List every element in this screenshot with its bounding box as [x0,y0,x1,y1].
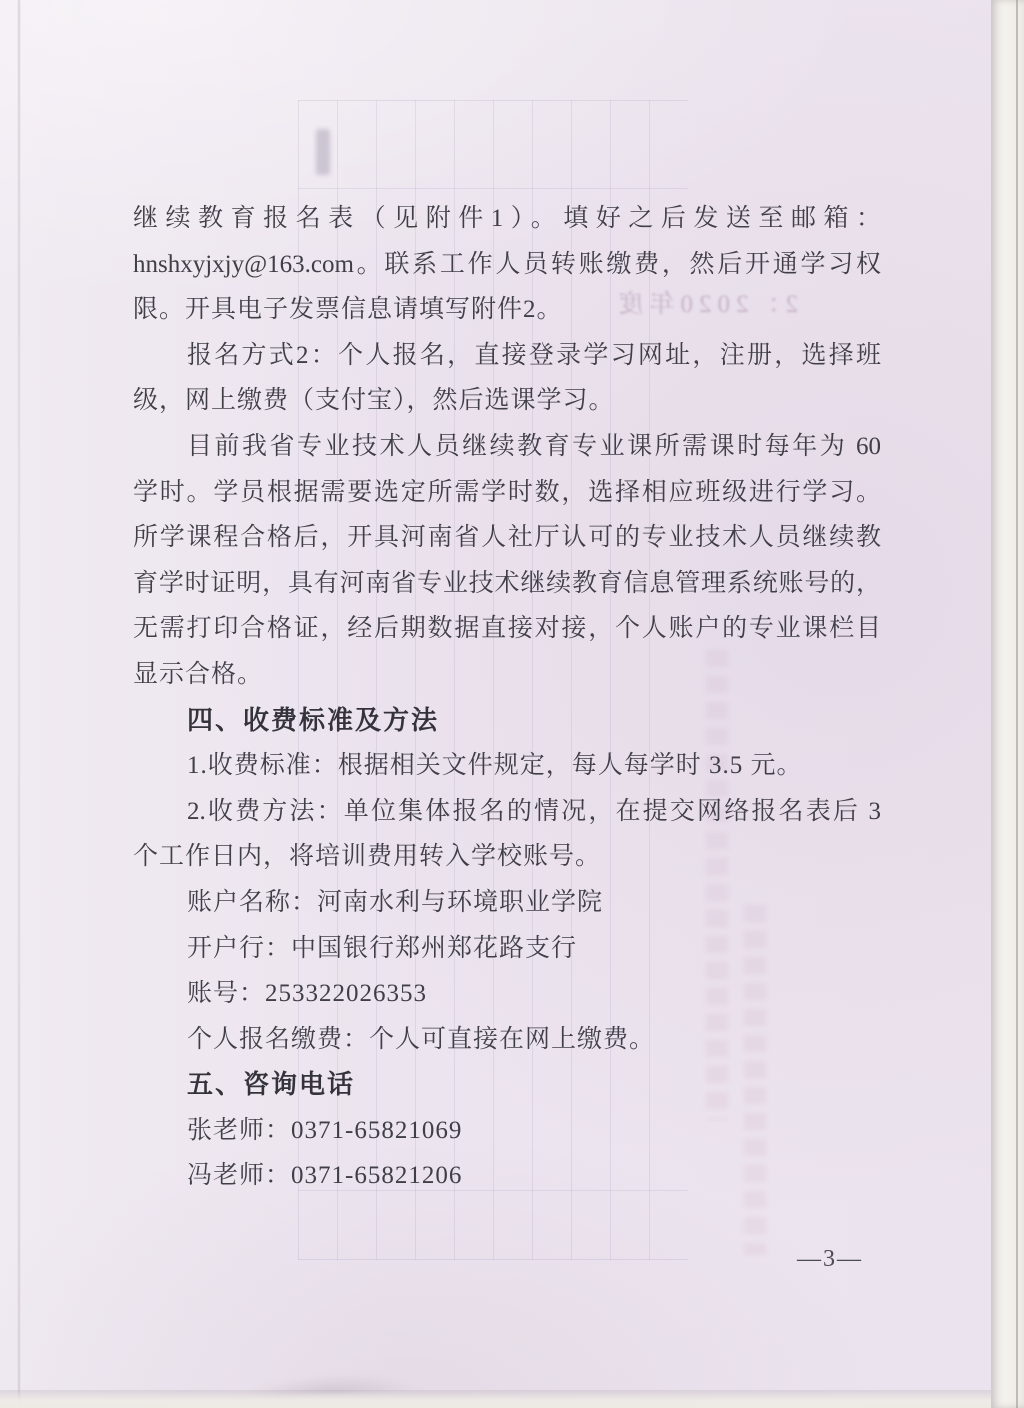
text-line: 报名方式2：个人报名，直接登录学习网址，注册，选择班 [133,333,881,379]
text-line-account-name: 账户名称：河南水利与环境职业学院 [133,880,881,926]
text-line: 限。开具电子发票信息请填写附件2。 [133,287,881,333]
text-line: 学时。学员根据需要选定所需学时数，选择相应班级进行学习。 [133,470,881,516]
page-fold-line [18,0,20,1408]
text-line: 个人报名缴费：个人可直接在网上缴费。 [133,1017,881,1063]
section-heading-contact: 五、咨询电话 [133,1062,881,1108]
text-line: 显示合格。 [133,652,881,698]
section-heading-fees: 四、收费标准及方法 [133,698,881,744]
text-line-account-number: 账号：253322026353 [133,971,881,1017]
ghost-smudge [316,129,330,175]
text-line-phone: 张老师：0371-65821069 [133,1108,881,1154]
text-line-bank: 开户行：中国银行郑州郑花路支行 [133,926,881,972]
text-line: 级，网上缴费（支付宝），然后选课学习。 [133,378,881,424]
text-line: 2.收费方法：单位集体报名的情况，在提交网络报名表后 3 [133,789,881,835]
document-body: 继续教育报名表（见附件1）。填好之后发送至邮箱： hnshxyjxjy@163.… [133,196,881,1199]
text-line: 育学时证明，具有河南省专业技术继续教育信息管理系统账号的， [133,561,881,607]
page-number: —3— [797,1246,863,1273]
text-line: 继续教育报名表（见附件1）。填好之后发送至邮箱： [133,196,881,242]
text-line: 所学课程合格后，开具河南省人社厅认可的专业技术人员继续教 [133,515,881,561]
page-edge-line [1016,0,1018,1408]
page-edge-right [991,0,1024,1408]
text-line: 1.收费标准：根据相关文件规定，每人每学时 3.5 元。 [133,743,881,789]
text-line: 个工作日内，将培训费用转入学校账号。 [133,834,881,880]
text-line: 目前我省专业技术人员继续教育专业课所需课时每年为 60 [133,424,881,470]
text-line: 无需打印合格证，经后期数据直接对接，个人账户的专业课栏目 [133,606,881,652]
page-edge-bottom [0,1390,1024,1408]
ghost-grid-line [298,188,688,189]
text-line-email: hnshxyjxjy@163.com。联系工作人员转账缴费，然后开通学习权 [133,242,881,288]
scanned-document-page: 2：2020年度 继续教育报名表（见附件1）。填好之后发送至邮箱： hnshxy… [0,0,1024,1408]
text-line-phone: 冯老师：0371-65821206 [133,1153,881,1199]
